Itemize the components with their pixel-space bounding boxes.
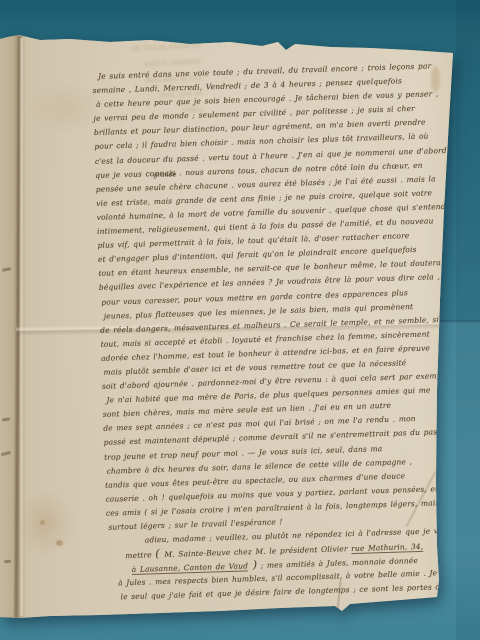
letter-text: grande Je suis entré dans une voie toute… [92,59,467,615]
foxing-spot [40,520,45,525]
letter-sheet: ce mardi au soir demadame et bienque je … [0,0,480,640]
ink-bleed-mark [2,267,11,272]
foxing-spot [56,540,63,546]
ink-bleed-mark [1,451,11,456]
photo-of-letter: ce mardi au soir demadame et bienque je … [0,0,480,640]
ink-bleed-mark [4,560,11,564]
letter-line-segment: ) [248,558,257,571]
ink-bleed-mark [2,417,10,421]
inserted-word: grande [153,171,176,179]
paper-surface: ce mardi au soir demadame et bienque je … [0,0,480,640]
stain [18,490,74,556]
letter-line-segment: mettre [125,550,155,560]
